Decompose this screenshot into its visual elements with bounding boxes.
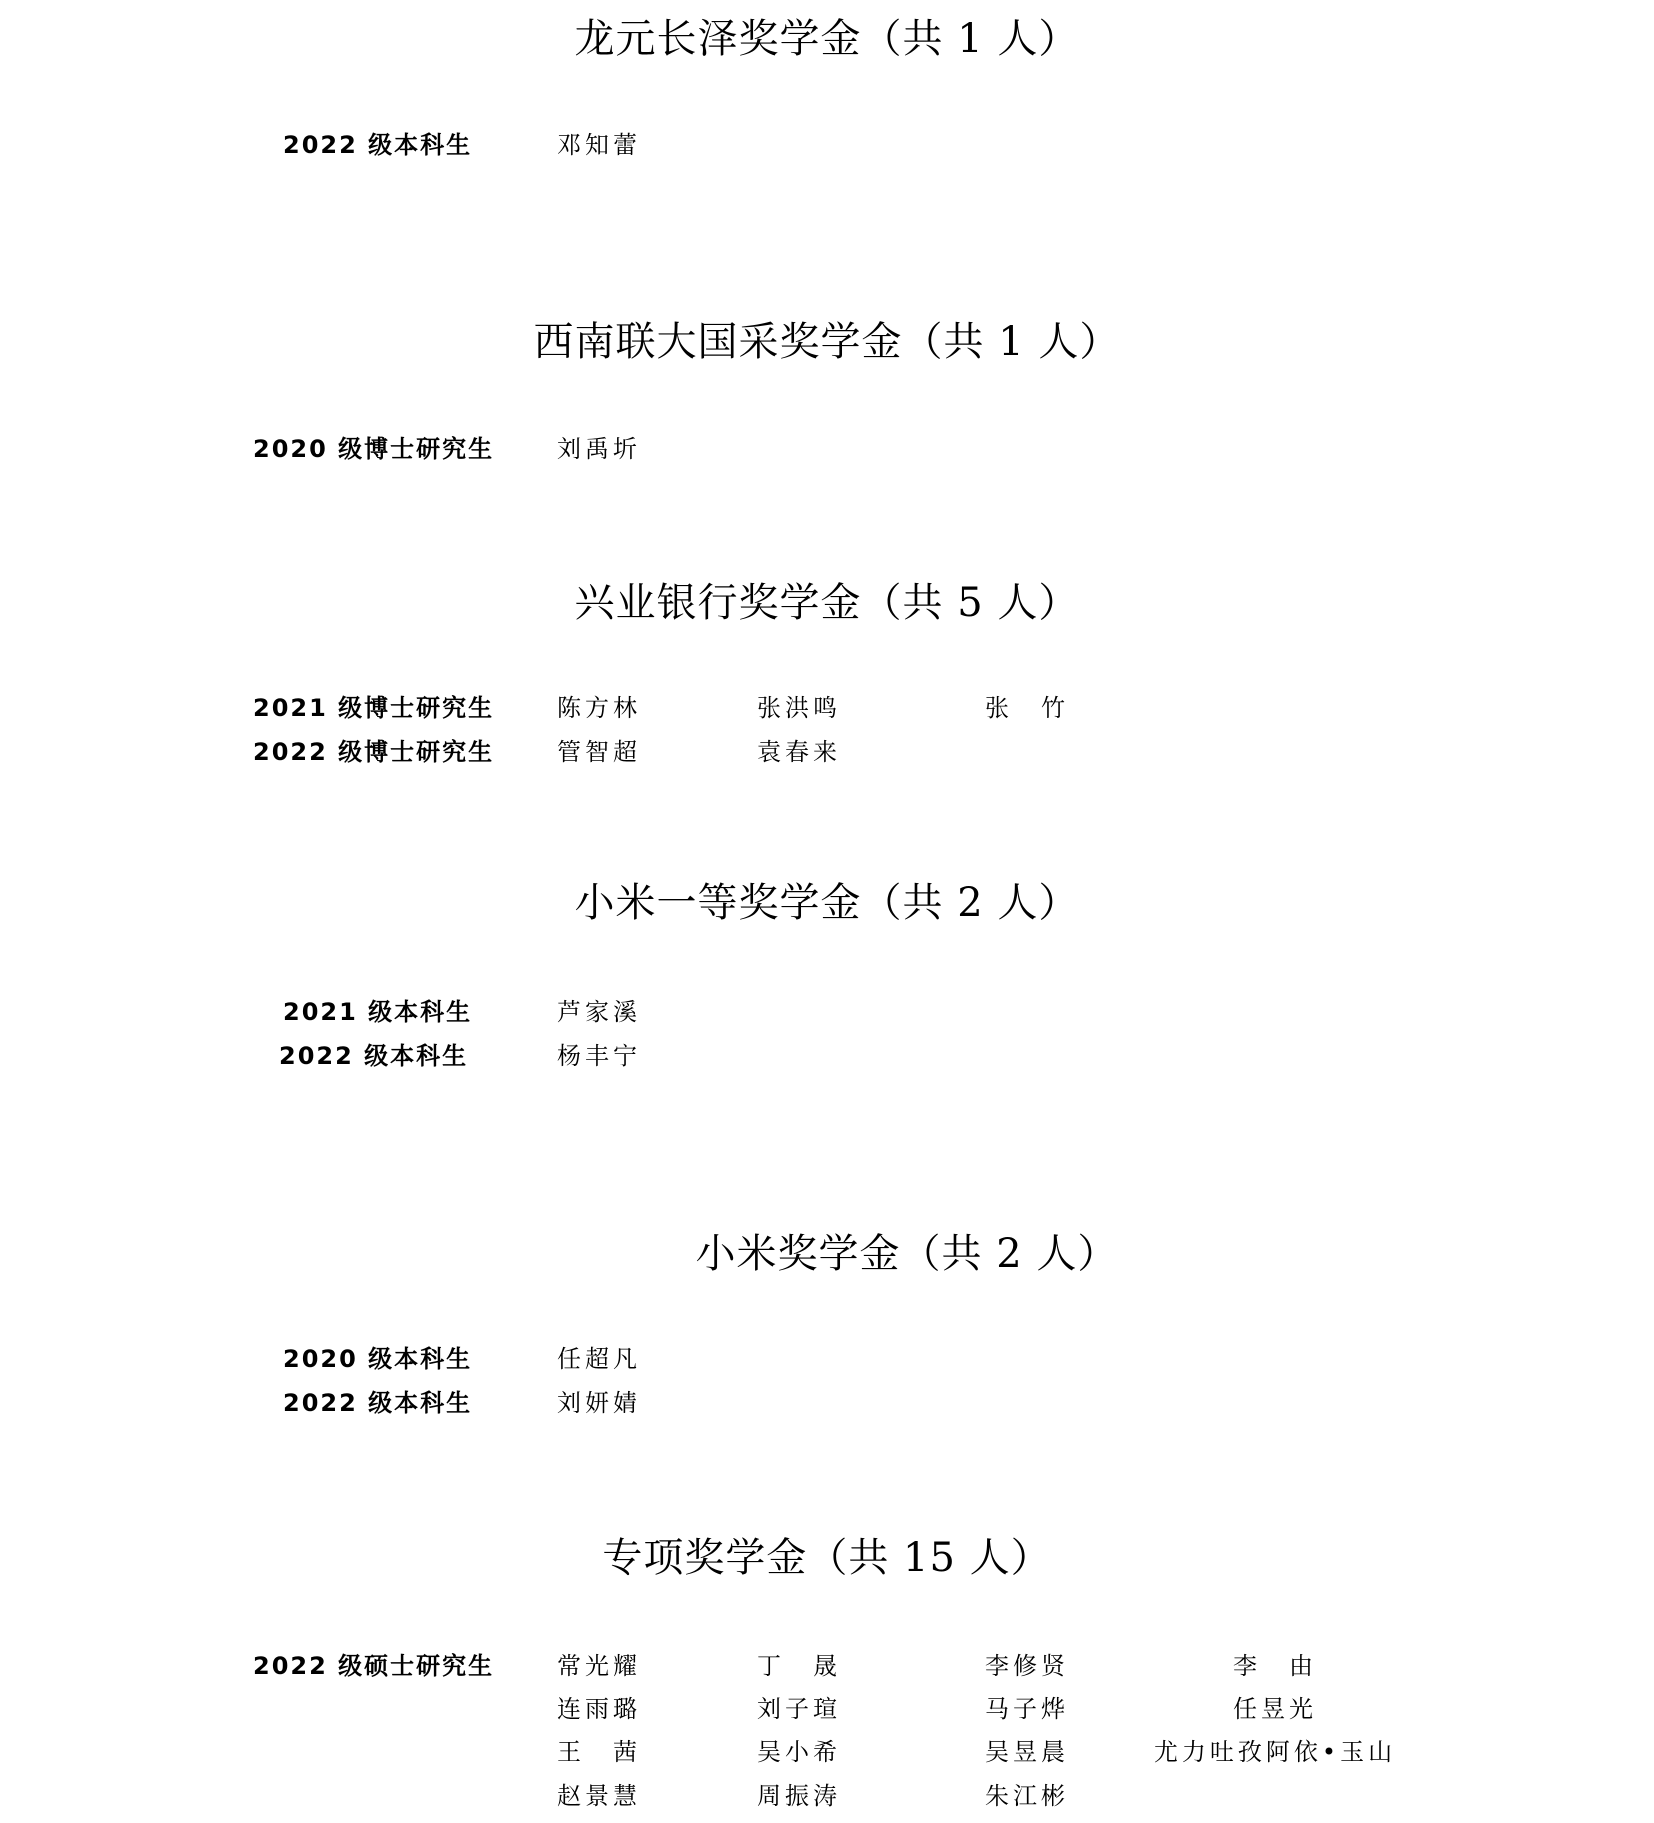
grade-label: 2022 级本科生: [283, 125, 472, 165]
student-name: 吴小希: [757, 1732, 841, 1772]
award-row: 赵景慧 周振涛 朱江彬: [0, 1776, 1654, 1816]
grade-label: 2022 级本科生: [279, 1036, 468, 1076]
student-name: 任超凡: [557, 1339, 641, 1379]
student-name: 连雨璐: [557, 1689, 641, 1729]
student-name: 马子烨: [985, 1689, 1069, 1729]
grade-label: 2021 级本科生: [283, 992, 472, 1032]
student-name: 丁 晟: [757, 1646, 841, 1686]
grade-label: 2022 级硕士研究生: [253, 1646, 494, 1686]
student-name: 杨丰宁: [557, 1036, 641, 1076]
award-row: 2022 级本科生 邓知蕾: [0, 125, 1654, 165]
section-title-longyuan: 龙元长泽奖学金（共 1 人）: [0, 15, 1654, 63]
student-name: 刘子瑄: [757, 1689, 841, 1729]
student-name: 朱江彬: [985, 1776, 1069, 1816]
grade-label: 2020 级博士研究生: [253, 429, 494, 469]
student-name: 邓知蕾: [557, 125, 641, 165]
section-title-xiaomi: 小米奖学金（共 2 人）: [80, 1230, 1654, 1278]
student-name: 常光耀: [557, 1646, 641, 1686]
grade-label: 2020 级本科生: [283, 1339, 472, 1379]
student-name: 周振涛: [757, 1776, 841, 1816]
grade-label: 2022 级本科生: [283, 1383, 472, 1423]
grade-label: 2022 级博士研究生: [253, 732, 494, 772]
section-title-xiaomi-first-class: 小米一等奖学金（共 2 人）: [0, 879, 1654, 927]
student-name: 袁春来: [757, 732, 841, 772]
award-row: 2022 级本科生 刘妍婧: [0, 1383, 1654, 1423]
student-name: 陈方林: [557, 688, 641, 728]
award-row: 2021 级本科生 芦家溪: [0, 992, 1654, 1032]
student-name: 尤力吐孜阿依•玉山: [1140, 1732, 1410, 1772]
student-name: 吴昱晨: [985, 1732, 1069, 1772]
student-name: 张洪鸣: [757, 688, 841, 728]
grade-label: 2021 级博士研究生: [253, 688, 494, 728]
award-row: 2022 级博士研究生 管智超 袁春来: [0, 732, 1654, 772]
award-row: 2020 级本科生 任超凡: [0, 1339, 1654, 1379]
student-name: 王 茜: [557, 1732, 641, 1772]
award-row: 2022 级本科生 杨丰宁: [0, 1036, 1654, 1076]
student-name: 李 由: [1140, 1646, 1410, 1686]
student-name: 刘妍婧: [557, 1383, 641, 1423]
award-row: 连雨璐 刘子瑄 马子烨 任昱光: [0, 1689, 1654, 1729]
student-name: 管智超: [557, 732, 641, 772]
award-row: 2022 级硕士研究生 常光耀 丁 晟 李修贤 李 由: [0, 1646, 1654, 1686]
student-name: 李修贤: [985, 1646, 1069, 1686]
student-name: 任昱光: [1140, 1689, 1410, 1729]
student-name: 芦家溪: [557, 992, 641, 1032]
section-title-special: 专项奖学金（共 15 人）: [0, 1534, 1654, 1582]
section-title-xingye-bank: 兴业银行奖学金（共 5 人）: [0, 579, 1654, 627]
section-title-xinan-lianda: 西南联大国采奖学金（共 1 人）: [0, 318, 1654, 366]
award-row: 2021 级博士研究生 陈方林 张洪鸣 张 竹: [0, 688, 1654, 728]
award-row: 王 茜 吴小希 吴昱晨 尤力吐孜阿依•玉山: [0, 1732, 1654, 1772]
student-name: 张 竹: [985, 688, 1069, 728]
award-row: 2020 级博士研究生 刘禹圻: [0, 429, 1654, 469]
student-name: 赵景慧: [557, 1776, 641, 1816]
student-name: 刘禹圻: [557, 429, 641, 469]
